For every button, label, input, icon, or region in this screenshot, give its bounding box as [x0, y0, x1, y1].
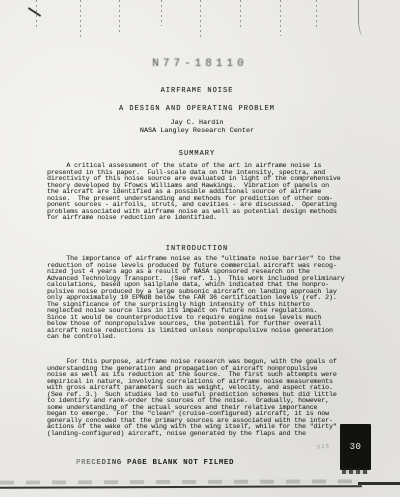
- accession-number-stamp: N77-18110: [0, 58, 400, 70]
- summary-paragraph: A critical assessment of the state of th…: [47, 163, 377, 222]
- page-number-box: 30: [340, 424, 371, 470]
- scan-tick-mark: [316, 0, 317, 28]
- scan-bottom-edge-line: [0, 485, 362, 489]
- document-subtitle: A DESIGN AND OPERATING PROBLEM: [0, 105, 394, 113]
- scan-tick-mark: [80, 0, 81, 38]
- preceding-page-blank-stamp: PRECEDING PAGE BLANK NOT FILMED: [76, 459, 234, 467]
- author-name: Jay C. Hardin: [0, 119, 394, 127]
- scan-tick-mark: [161, 0, 162, 26]
- scan-tick-mark: [119, 0, 120, 34]
- author-affiliation: NASA Langley Research Center: [0, 127, 394, 135]
- document-title: AIRFRAME NOISE: [0, 87, 394, 95]
- section-heading-summary: SUMMARY: [0, 150, 394, 158]
- scan-diagonal-mark: [28, 7, 42, 17]
- scan-tick-mark: [200, 0, 201, 38]
- page-number: 30: [350, 442, 362, 452]
- scan-bottom-edge-line-right: [358, 482, 400, 485]
- handwritten-margin-note: 523: [317, 442, 331, 450]
- scanned-page: N77-18110 AIRFRAME NOISE A DESIGN AND OP…: [0, 0, 400, 497]
- section-heading-introduction: INTRODUCTION: [0, 245, 394, 253]
- scan-tick-mark: [280, 0, 281, 36]
- scan-tick-mark: [240, 0, 241, 30]
- introduction-paragraph-2: For this purpose, airframe noise researc…: [47, 359, 377, 437]
- scan-bottom-smudge: [0, 479, 360, 484]
- scan-curve-mark: [358, 0, 367, 36]
- introduction-paragraph-1: The importance of airframe noise as the …: [47, 256, 377, 341]
